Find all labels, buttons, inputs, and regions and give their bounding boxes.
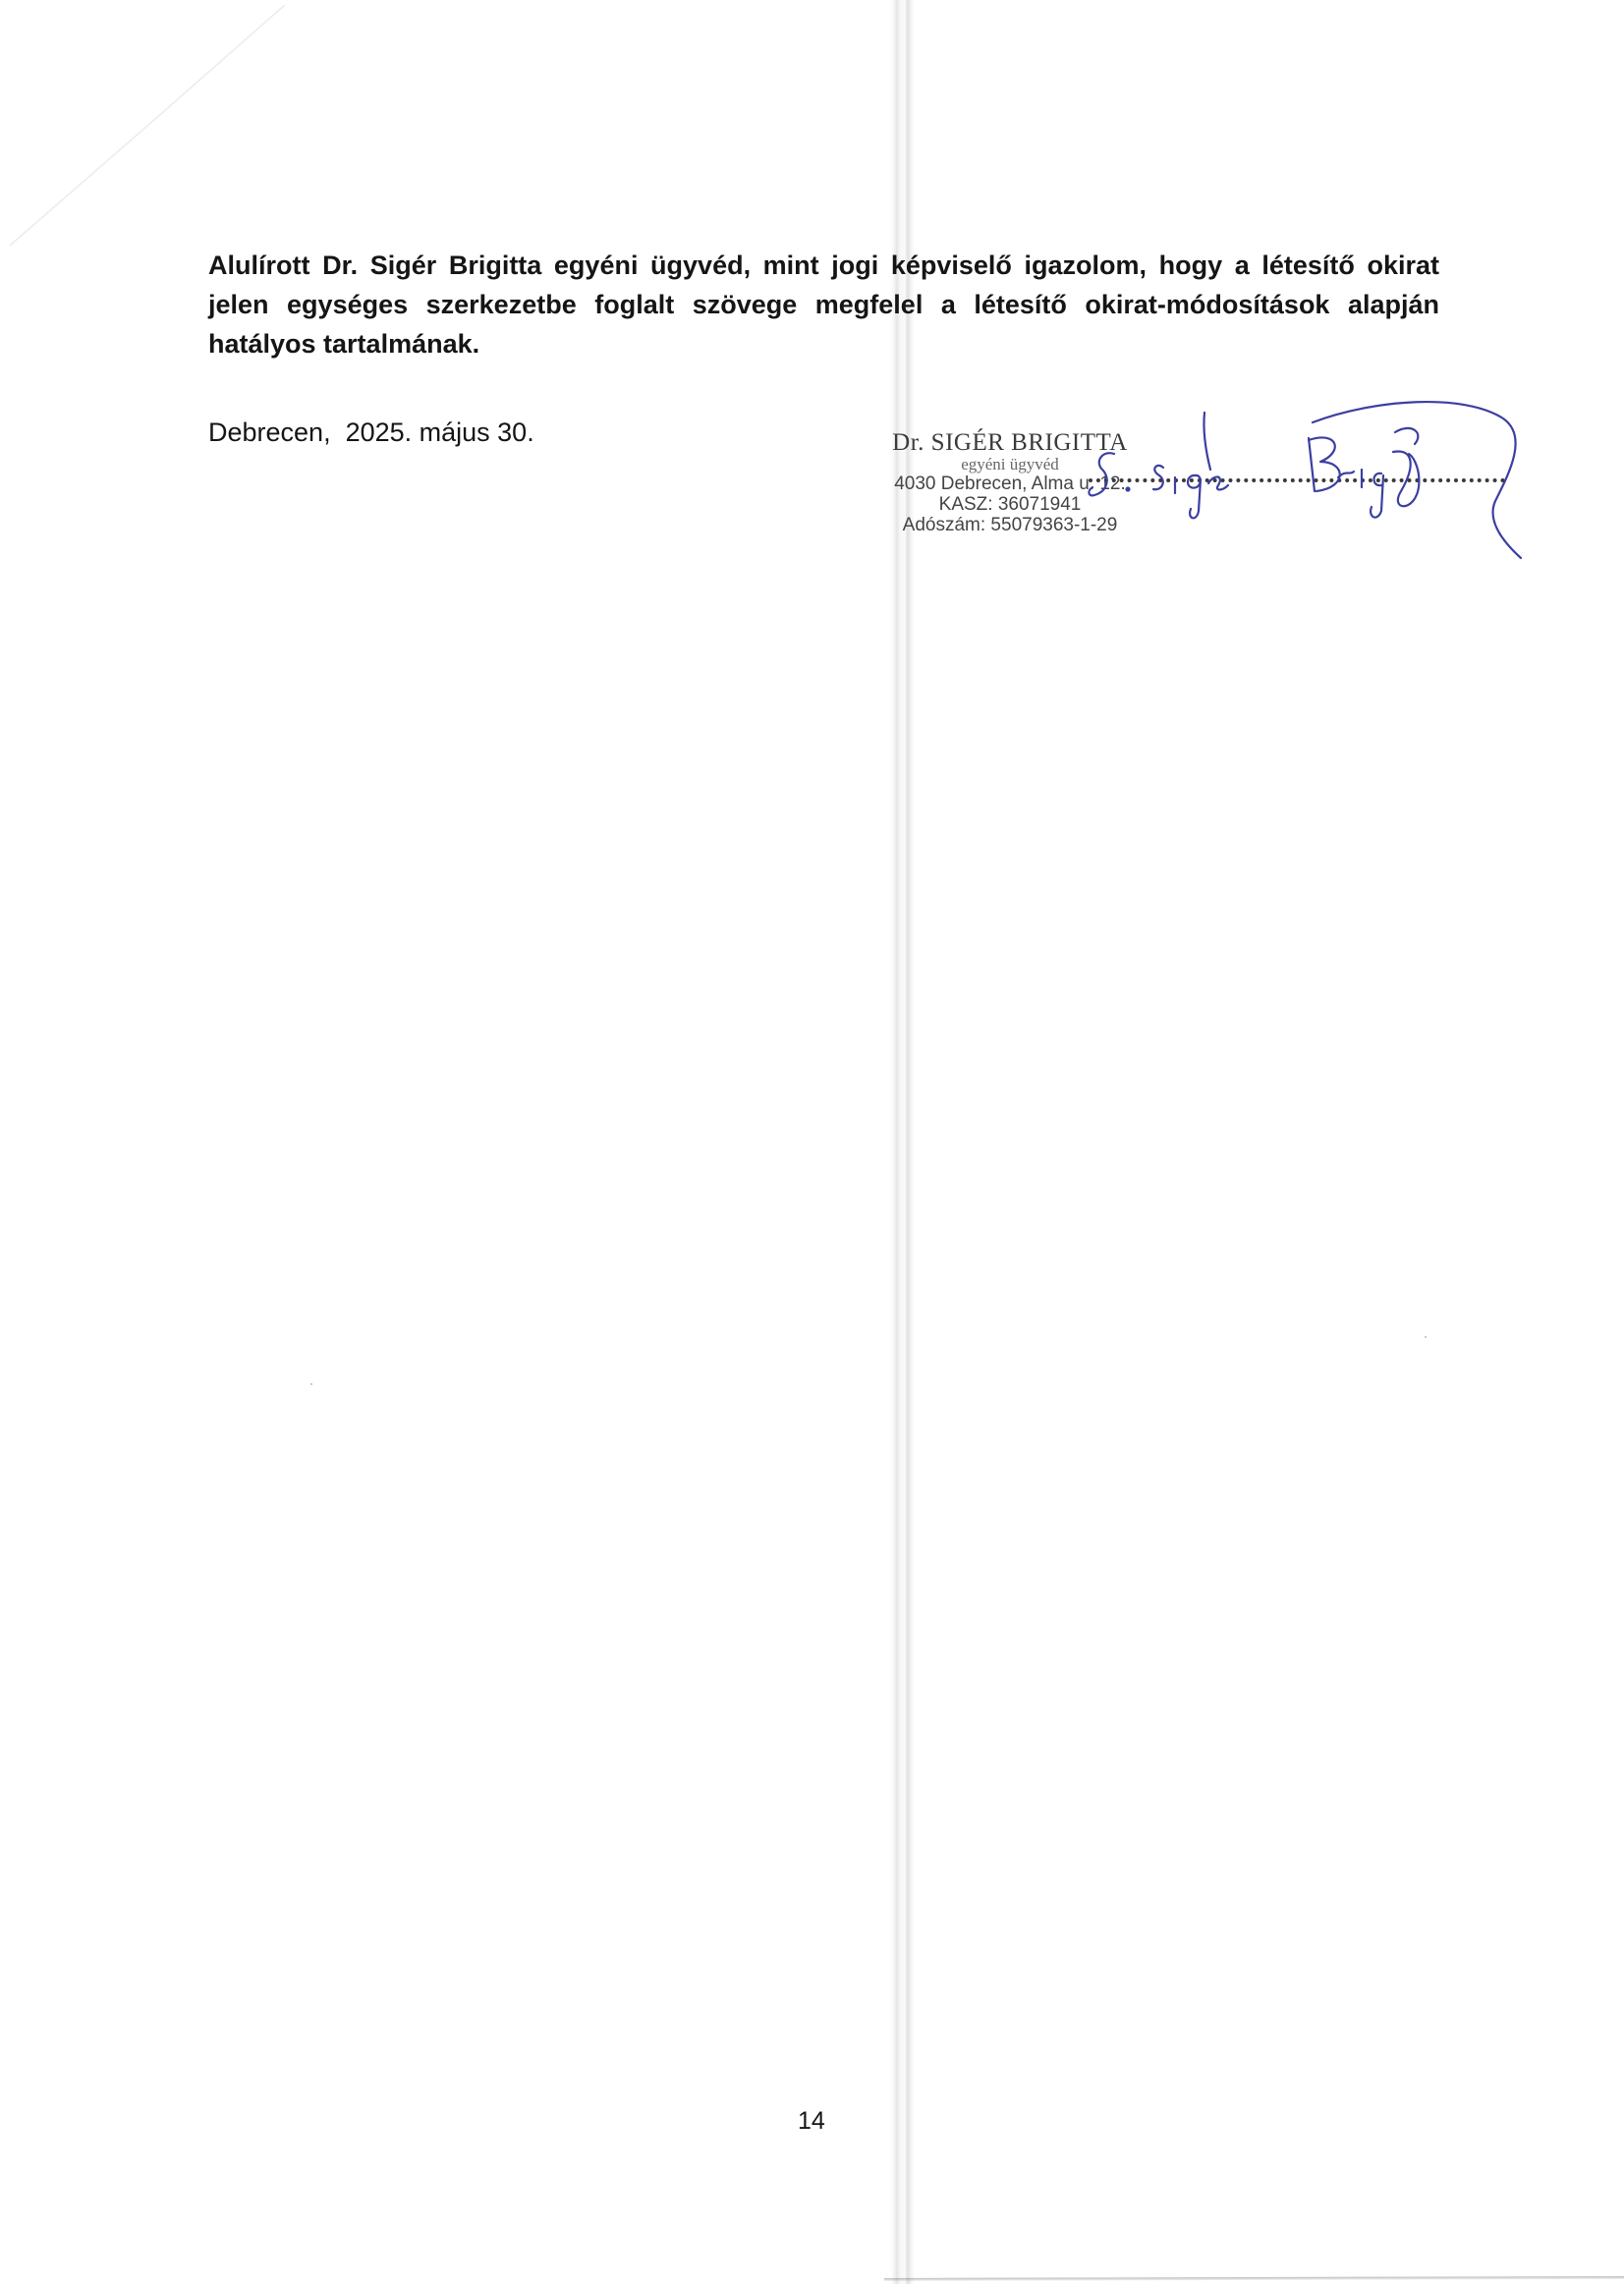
page-number: 14 <box>798 2106 825 2136</box>
scan-artifact-line <box>0 0 314 255</box>
scan-speck <box>1425 1336 1427 1338</box>
certification-paragraph: Alulírott Dr. Sigér Brigitta egyéni ügyv… <box>208 246 1439 363</box>
handwritten-signature <box>1081 393 1552 560</box>
page-bottom-edge <box>884 2276 1624 2281</box>
place-and-date: Debrecen, 2025. május 30. <box>208 413 534 452</box>
document-page: Alulírott Dr. Sigér Brigitta egyéni ügyv… <box>0 0 1624 2284</box>
scan-speck <box>310 1383 312 1385</box>
